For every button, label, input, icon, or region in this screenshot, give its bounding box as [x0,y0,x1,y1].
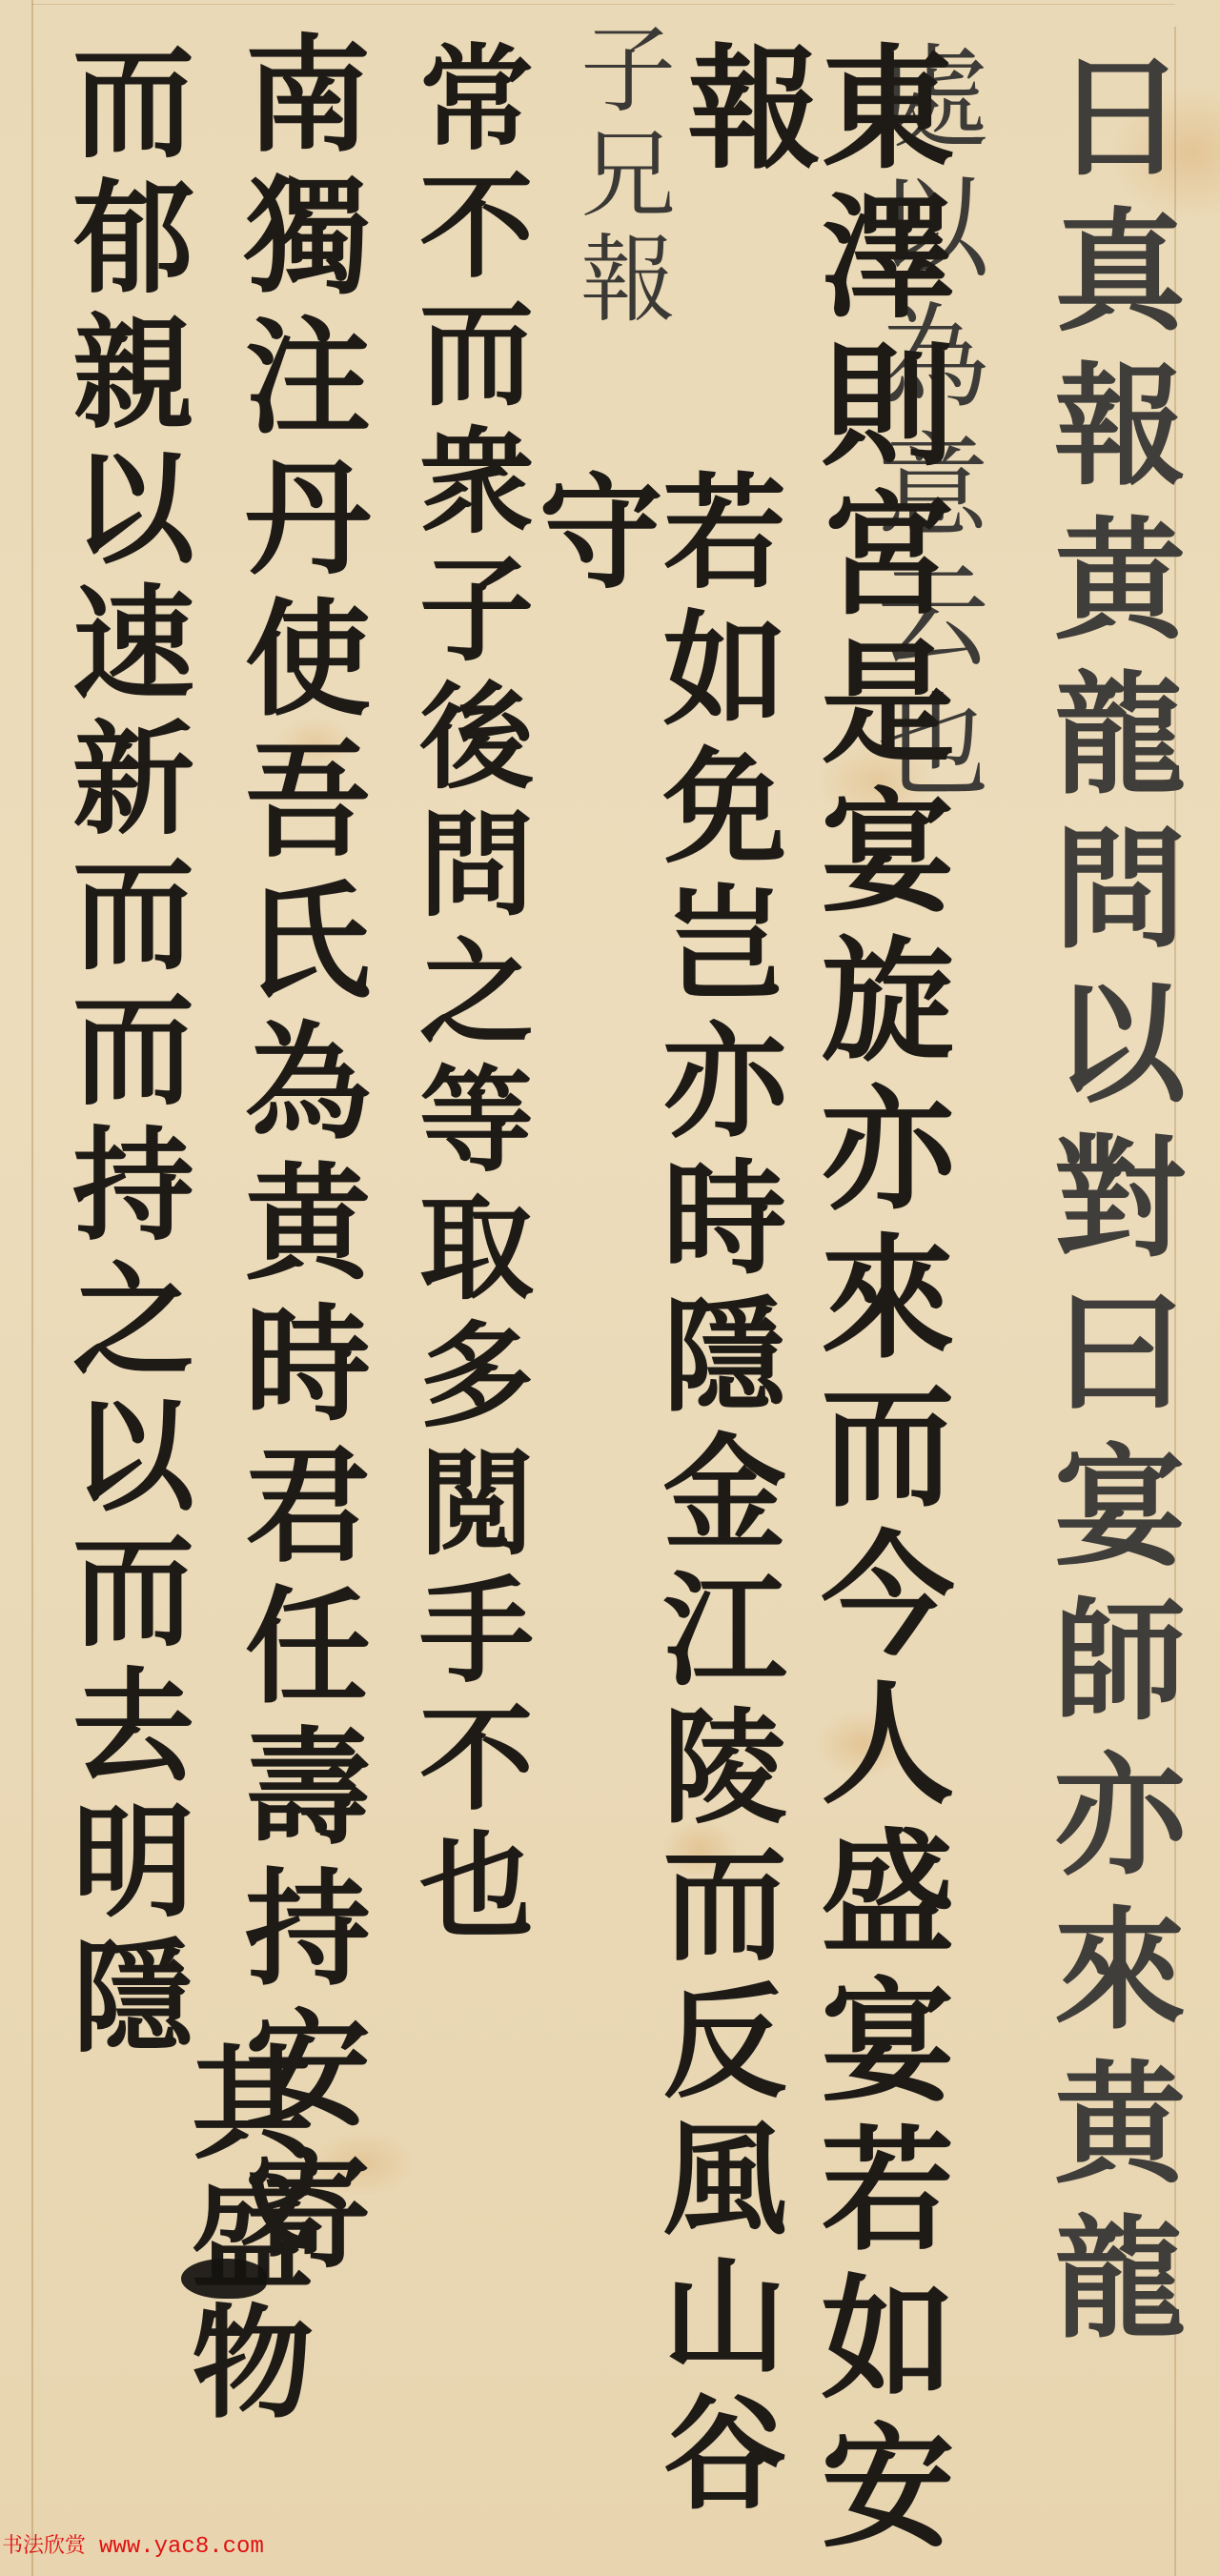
calligraphy-column-1: 日真報黄龍問以對曰宴師亦來黄龍 [1044,48,1175,2363]
watermark-url: www.yac8.com [99,2534,264,2560]
calligraphy-column-6: 南獨注丹使吾氏為黄時君任壽持安寄 [234,29,359,2285]
ink-blot [181,2259,267,2299]
watermark-label: 书法欣赏 [2,2534,86,2558]
calligraphy-column-7: 而郁親以速新而而持之以而去明隱 [62,38,184,2068]
calligraphy-column-4: 若如免岂亦時隱金江陵而反風山谷守 [529,467,777,2576]
watermark: 书法欣赏www.yac8.com [2,2529,264,2560]
paper-seam-left [31,0,33,2576]
calligraphy-signature: 其盛物 [181,2039,303,2428]
calligraphy-column-5: 常不而衆子後問之等取多閲手不也 [410,38,524,1954]
calligraphy-scroll: 日真報黄龍問以對曰宴師亦來黄龍 處以為意云也 東澤則宮是宴旋亦來而今人盛宴若如安… [0,0,1220,2576]
calligraphy-column-4-small: 子兄報 [572,19,667,334]
paper-seam-top [31,4,1175,5]
